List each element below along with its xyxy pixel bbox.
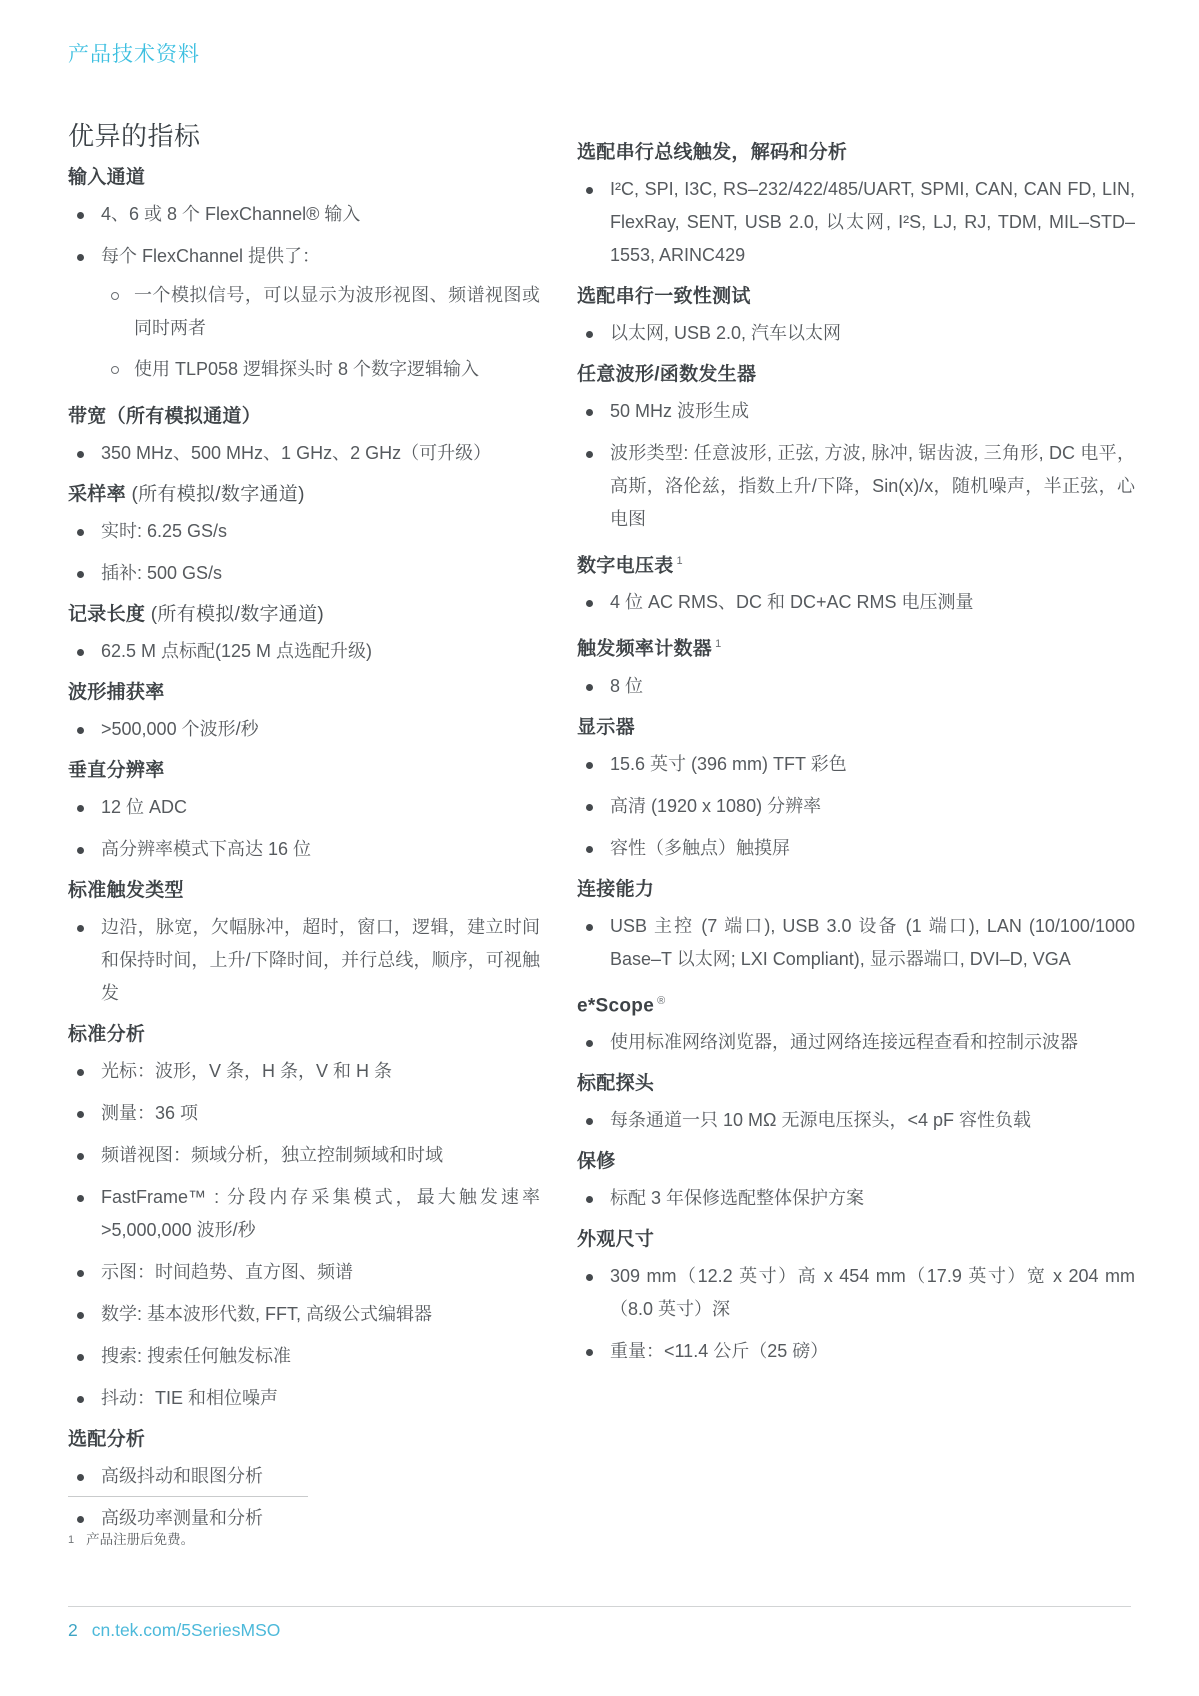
spec-bullet: 光标：波形，V 条，H 条，V 和 H 条 [68,1053,540,1090]
spec-bullet: 使用标准网络浏览器，通过网络连接远程查看和控制示波器 [577,1024,1135,1061]
spec-bullet: 62.5 M 点标配(125 M 点选配升级) [68,633,540,670]
bullet-dot-icon [77,1153,84,1160]
spec-bullet: 实时: 6.25 GS/s [68,513,540,550]
right-column-sections: 选配串行总线触发，解码和分析I²C, SPI, I3C, RS–232/422/… [577,140,1135,1370]
spec-bullet-text: 4 位 AC RMS、DC 和 DC+AC RMS 电压测量 [610,592,974,612]
spec-bullet-text: 数学: 基本波形代数, FFT, 高级公式编辑器 [101,1304,432,1324]
footnote-divider [68,1496,308,1497]
bullet-dot-icon [586,1349,593,1356]
spec-sub-bullet-text: 一个模拟信号，可以显示为波形视图、频谱视图或同时两者 [134,285,540,338]
spec-bullet: 15.6 英寸 (396 mm) TFT 彩色 [577,746,1135,783]
spec-bullet-text: FastFrame™ : 分段内存采集模式，最大触发速率 >5,000,000 … [101,1187,540,1240]
bullet-dot-icon [77,847,84,854]
spec-list: 12 位 ADC高分辨率模式下高达 16 位 [68,789,540,868]
spec-bullet: 插补: 500 GS/s [68,555,540,592]
section-heading: 连接能力 [577,877,1135,903]
bullet-dot-icon [586,331,593,338]
spec-list: 每条通道一只 10 MΩ 无源电压探头，<4 pF 容性负载 [577,1102,1135,1139]
spec-list: 实时: 6.25 GS/s插补: 500 GS/s [68,513,540,592]
spec-bullet-text: 高级抖动和眼图分析 [101,1466,263,1486]
spec-bullet: 每个 FlexChannel 提供了：一个模拟信号，可以显示为波形视图、频谱视图… [68,238,540,394]
bullet-dot-icon [77,529,84,536]
spec-bullet: USB 主控 (7 端口), USB 3.0 设备 (1 端口), LAN (1… [577,908,1135,978]
spec-sub-bullet: 一个模拟信号，可以显示为波形视图、频谱视图或同时两者 [101,277,540,347]
section-heading: 标配探头 [577,1071,1135,1097]
spec-bullet-text: 高清 (1920 x 1080) 分辨率 [610,796,821,816]
spec-bullet: 8 位 [577,668,1135,705]
section-heading: 标准分析 [68,1022,540,1048]
spec-list: 光标：波形，V 条，H 条，V 和 H 条测量：36 项频谱视图：频域分析，独立… [68,1053,540,1417]
bullet-dot-icon [586,187,593,194]
bullet-dot-icon [586,804,593,811]
spec-list: 使用标准网络浏览器，通过网络连接远程查看和控制示波器 [577,1024,1135,1061]
spec-bullet: 4 位 AC RMS、DC 和 DC+AC RMS 电压测量 [577,584,1135,621]
bullet-dot-icon [586,1274,593,1281]
spec-list: 4、6 或 8 个 FlexChannel® 输入每个 FlexChannel … [68,196,540,394]
section-heading-text: 任意波形/函数发生器 [577,364,756,385]
section-heading-text: 输入通道 [68,167,145,188]
spec-bullet: 频谱视图：频域分析，独立控制频域和时域 [68,1137,540,1174]
bullet-dot-icon [77,805,84,812]
bullet-dot-icon [586,846,593,853]
spec-bullet-text: 波形类型: 任意波形, 正弦, 方波, 脉冲, 锯齿波, 三角形, DC 电平，… [610,443,1135,529]
section-heading-text: e*Scope [577,995,654,1016]
section-heading-text: 标配探头 [577,1073,654,1094]
section-heading: 选配串行总线触发，解码和分析 [577,140,1135,166]
left-column-sections: 输入通道4、6 或 8 个 FlexChannel® 输入每个 FlexChan… [68,165,540,1537]
spec-bullet: 示图：时间趋势、直方图、频谱 [68,1254,540,1291]
right-column: 选配串行总线触发，解码和分析I²C, SPI, I3C, RS–232/422/… [577,110,1135,1375]
spec-bullet-text: 15.6 英寸 (396 mm) TFT 彩色 [610,754,847,774]
spec-bullet: 309 mm（12.2 英寸）高 x 454 mm（17.9 英寸）宽 x 20… [577,1258,1135,1328]
section-heading-text: 垂直分辨率 [68,760,165,781]
spec-bullet: 搜索: 搜索任何触发标准 [68,1338,540,1375]
section-heading: 标准触发类型 [68,878,540,904]
section-heading: 垂直分辨率 [68,758,540,784]
spec-bullet-text: I²C, SPI, I3C, RS–232/422/485/UART, SPMI… [610,179,1135,265]
section-heading-text: 带宽（所有模拟通道） [68,406,261,427]
footer-link[interactable]: cn.tek.com/5SeriesMSO [92,1620,281,1640]
section-heading-text: 触发频率计数器 [577,639,712,660]
footnote-marker: 1 [68,1534,74,1546]
section-heading: 数字电压表1 [577,548,1135,579]
spec-list: 高级抖动和眼图分析高级功率测量和分析 [68,1458,540,1537]
bullet-circle-icon [111,292,119,300]
spec-bullet-text: 边沿，脉宽，欠幅脉冲，超时，窗口，逻辑，建立时间和保持时间，上升/下降时间，并行… [101,917,540,1003]
spec-bullet-text: 每条通道一只 10 MΩ 无源电压探头，<4 pF 容性负载 [610,1110,1031,1130]
spec-bullet-text: 62.5 M 点标配(125 M 点选配升级) [101,641,372,661]
spec-bullet-text: 示图：时间趋势、直方图、频谱 [101,1262,353,1282]
spec-bullet-text: 重量：<11.4 公斤（25 磅） [610,1341,828,1361]
section-heading: 保修 [577,1149,1135,1175]
spec-bullet-text: 容性（多触点）触摸屏 [610,838,790,858]
spec-bullet-text: USB 主控 (7 端口), USB 3.0 设备 (1 端口), LAN (1… [610,916,1135,969]
section-heading: 显示器 [577,715,1135,741]
spec-bullet: 容性（多触点）触摸屏 [577,830,1135,867]
section-heading-text: 连接能力 [577,879,654,900]
section-heading-text: 选配串行一致性测试 [577,286,751,307]
bullet-dot-icon [77,1195,84,1202]
footnote: 1产品注册后免费。 [68,1528,194,1548]
spec-bullet-text: 插补: 500 GS/s [101,563,222,583]
bullet-dot-icon [77,727,84,734]
spec-list: 350 MHz、500 MHz、1 GHz、2 GHz（可升级） [68,435,540,472]
section-heading-superscript: 1 [677,555,683,567]
spec-bullet: 350 MHz、500 MHz、1 GHz、2 GHz（可升级） [68,435,540,472]
bullet-dot-icon [586,924,593,931]
footnote-text: 产品注册后免费。 [86,1532,194,1547]
spec-bullet: 以太网, USB 2.0, 汽车以太网 [577,315,1135,352]
spec-bullet: >500,000 个波形/秒 [68,711,540,748]
bullet-dot-icon [77,1270,84,1277]
section-heading-text: 采样率 [68,484,126,505]
two-column-layout: 优异的指标 输入通道4、6 或 8 个 FlexChannel® 输入每个 Fl… [68,110,1135,1542]
spec-bullet-text: 频谱视图：频域分析，独立控制频域和时域 [101,1145,443,1165]
spec-list: 309 mm（12.2 英寸）高 x 454 mm（17.9 英寸）宽 x 20… [577,1258,1135,1370]
section-heading-qualifier: (所有模拟/数字通道) [145,604,324,625]
spec-bullet: 波形类型: 任意波形, 正弦, 方波, 脉冲, 锯齿波, 三角形, DC 电平，… [577,435,1135,538]
spec-bullet: 高清 (1920 x 1080) 分辨率 [577,788,1135,825]
bullet-dot-icon [586,1118,593,1125]
spec-bullet: FastFrame™ : 分段内存采集模式，最大触发速率 >5,000,000 … [68,1179,540,1249]
section-heading: 输入通道 [68,165,540,191]
spec-bullet-text: 每个 FlexChannel 提供了： [101,246,320,266]
left-column: 优异的指标 输入通道4、6 或 8 个 FlexChannel® 输入每个 Fl… [68,110,540,1542]
page-number: 2 [68,1620,78,1640]
spec-bullet-text: 高分辨率模式下高达 16 位 [101,839,311,859]
section-heading-text: 数字电压表 [577,555,674,576]
spec-list: >500,000 个波形/秒 [68,711,540,748]
spec-bullet-text: 50 MHz 波形生成 [610,401,749,421]
section-heading: 任意波形/函数发生器 [577,362,1135,388]
spec-bullet-text: 8 位 [610,676,643,696]
section-heading-superscript: ® [657,995,665,1007]
bullet-dot-icon [586,451,593,458]
spec-sub-bullet-text: 使用 TLP058 逻辑探头时 8 个数字逻辑输入 [134,359,479,379]
footer-divider [68,1606,1131,1607]
section-heading-text: 记录长度 [68,604,145,625]
spec-bullet: 12 位 ADC [68,789,540,826]
section-heading: 波形捕获率 [68,680,540,706]
section-heading: 记录长度 (所有模拟/数字通道) [68,602,540,628]
spec-bullet-text: 光标：波形，V 条，H 条，V 和 H 条 [101,1061,392,1081]
bullet-dot-icon [77,1354,84,1361]
spec-list: I²C, SPI, I3C, RS–232/422/485/UART, SPMI… [577,171,1135,274]
bullet-dot-icon [77,1111,84,1118]
section-heading-text: 标准触发类型 [68,880,184,901]
bullet-dot-icon [77,451,84,458]
section-heading: 触发频率计数器1 [577,631,1135,662]
spec-list: 15.6 英寸 (396 mm) TFT 彩色高清 (1920 x 1080) … [577,746,1135,867]
spec-bullet: I²C, SPI, I3C, RS–232/422/485/UART, SPMI… [577,171,1135,274]
page-title: 优异的指标 [68,116,540,153]
bullet-dot-icon [77,1474,84,1481]
bullet-dot-icon [586,409,593,416]
spec-bullet: 抖动：TIE 和相位噪声 [68,1380,540,1417]
spec-list: USB 主控 (7 端口), USB 3.0 设备 (1 端口), LAN (1… [577,908,1135,978]
section-heading-text: 选配分析 [68,1429,145,1450]
spec-list: 4 位 AC RMS、DC 和 DC+AC RMS 电压测量 [577,584,1135,621]
bullet-dot-icon [586,1040,593,1047]
bullet-dot-icon [586,684,593,691]
section-heading: 带宽（所有模拟通道） [68,404,540,430]
spec-list: 以太网, USB 2.0, 汽车以太网 [577,315,1135,352]
bullet-dot-icon [77,1396,84,1403]
section-heading: 采样率 (所有模拟/数字通道) [68,482,540,508]
section-heading: 外观尺寸 [577,1227,1135,1253]
section-heading-superscript: 1 [715,638,721,650]
section-heading-text: 保修 [577,1151,616,1172]
spec-bullet-text: 标配 3 年保修选配整体保护方案 [610,1188,864,1208]
bullet-dot-icon [77,1069,84,1076]
spec-bullet: 标配 3 年保修选配整体保护方案 [577,1180,1135,1217]
spec-bullet-text: 高级功率测量和分析 [101,1508,263,1528]
section-heading-qualifier: (所有模拟/数字通道) [126,484,305,505]
spec-list: 62.5 M 点标配(125 M 点选配升级) [68,633,540,670]
spec-bullet: 高级抖动和眼图分析 [68,1458,540,1495]
sub-spec-list: 一个模拟信号，可以显示为波形视图、频谱视图或同时两者使用 TLP058 逻辑探头… [101,277,540,388]
spec-list: 8 位 [577,668,1135,705]
spec-bullet-text: 309 mm（12.2 英寸）高 x 454 mm（17.9 英寸）宽 x 20… [610,1266,1135,1319]
section-heading: 选配串行一致性测试 [577,284,1135,310]
spec-bullet-text: 使用标准网络浏览器，通过网络连接远程查看和控制示波器 [610,1032,1078,1052]
spec-list: 边沿，脉宽，欠幅脉冲，超时，窗口，逻辑，建立时间和保持时间，上升/下降时间，并行… [68,909,540,1012]
section-heading: e*Scope® [577,988,1135,1019]
section-heading-text: 标准分析 [68,1024,145,1045]
bullet-dot-icon [77,212,84,219]
spec-bullet-text: 4、6 或 8 个 FlexChannel® 输入 [101,204,360,224]
spec-bullet-text: 实时: 6.25 GS/s [101,521,227,541]
page-footer: 2cn.tek.com/5SeriesMSO [68,1620,280,1641]
spec-sub-bullet: 使用 TLP058 逻辑探头时 8 个数字逻辑输入 [101,351,540,388]
spec-bullet-text: 抖动：TIE 和相位噪声 [101,1388,278,1408]
spec-bullet: 测量：36 项 [68,1095,540,1132]
bullet-dot-icon [77,1516,84,1523]
bullet-dot-icon [77,254,84,261]
spec-bullet: 4、6 或 8 个 FlexChannel® 输入 [68,196,540,233]
bullet-dot-icon [586,1196,593,1203]
spec-bullet: 高分辨率模式下高达 16 位 [68,831,540,868]
spec-bullet: 数学: 基本波形代数, FFT, 高级公式编辑器 [68,1296,540,1333]
spec-bullet-text: 12 位 ADC [101,797,187,817]
spec-bullet-text: 搜索: 搜索任何触发标准 [101,1346,291,1366]
spec-list: 标配 3 年保修选配整体保护方案 [577,1180,1135,1217]
spec-bullet-text: >500,000 个波形/秒 [101,719,259,739]
spec-bullet-text: 350 MHz、500 MHz、1 GHz、2 GHz（可升级） [101,443,491,463]
section-heading-text: 显示器 [577,717,635,738]
spec-bullet-text: 以太网, USB 2.0, 汽车以太网 [610,323,841,343]
section-heading: 选配分析 [68,1427,540,1453]
bullet-dot-icon [586,762,593,769]
spec-bullet: 50 MHz 波形生成 [577,393,1135,430]
spec-bullet: 边沿，脉宽，欠幅脉冲，超时，窗口，逻辑，建立时间和保持时间，上升/下降时间，并行… [68,909,540,1012]
bullet-circle-icon [111,366,119,374]
spec-bullet: 重量：<11.4 公斤（25 磅） [577,1333,1135,1370]
section-heading-text: 波形捕获率 [68,682,165,703]
bullet-dot-icon [586,600,593,607]
section-heading-text: 选配串行总线触发，解码和分析 [577,142,847,163]
spec-bullet-text: 测量：36 项 [101,1103,198,1123]
spec-list: 50 MHz 波形生成波形类型: 任意波形, 正弦, 方波, 脉冲, 锯齿波, … [577,393,1135,538]
bullet-dot-icon [77,649,84,656]
document-type-label: 产品技术资料 [68,38,200,68]
bullet-dot-icon [77,1312,84,1319]
datasheet-page: 产品技术资料 优异的指标 输入通道4、6 或 8 个 FlexChannel® … [0,0,1199,1696]
spec-bullet: 每条通道一只 10 MΩ 无源电压探头，<4 pF 容性负载 [577,1102,1135,1139]
bullet-dot-icon [77,925,84,932]
bullet-dot-icon [77,571,84,578]
section-heading-text: 外观尺寸 [577,1229,654,1250]
